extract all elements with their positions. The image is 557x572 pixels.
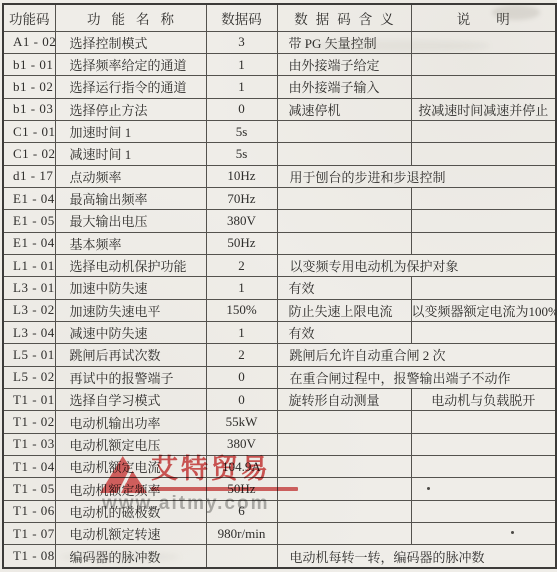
table-row: L3 - 01 加速中防失速 1 有效 bbox=[3, 277, 556, 299]
table-row: L5 - 02 再试中的报警端子 0 在重合闸过程中，报警输出端子不动作 bbox=[3, 366, 556, 388]
table-row: b1 - 03 选择停止方法 0 减速停机 按减速时间减速并停止 bbox=[3, 98, 556, 120]
cell-data: 5s bbox=[206, 120, 277, 142]
header-name: 功能名称 bbox=[55, 4, 206, 31]
cell-meaning-merged: 跳闸后允许自动重合闸 2 次 bbox=[277, 344, 556, 366]
cell-meaning bbox=[277, 478, 411, 500]
cell-name: 最高输出频率 bbox=[55, 187, 206, 209]
table-row: C1 - 02 减速时间 1 5s bbox=[3, 143, 556, 165]
cell-meaning: 旋转形自动测量 bbox=[277, 389, 411, 411]
cell-meaning bbox=[277, 411, 411, 433]
cell-code: T1 - 06 bbox=[3, 500, 55, 522]
cell-note bbox=[411, 500, 556, 522]
cell-meaning-merged: 在重合闸过程中，报警输出端子不动作 bbox=[277, 366, 556, 388]
table-row: E1 - 04 最高输出频率 70Hz bbox=[3, 187, 556, 209]
cell-name: 电动机额定频率 bbox=[55, 478, 206, 500]
cell-meaning bbox=[277, 232, 411, 254]
cell-meaning bbox=[277, 433, 411, 455]
cell-meaning: 由外接端子给定 bbox=[277, 53, 411, 75]
cell-code: T1 - 07 bbox=[3, 523, 55, 545]
cell-data: 380V bbox=[206, 433, 277, 455]
cell-note bbox=[411, 456, 556, 478]
table-row: T1 - 08 编码器的脉冲数 电动机每转一转，编码器的脉冲数 bbox=[3, 545, 556, 568]
cell-note bbox=[411, 187, 556, 209]
cell-meaning: 减速停机 bbox=[277, 98, 411, 120]
cell-data: 2 bbox=[206, 344, 277, 366]
cell-note bbox=[411, 31, 556, 53]
cell-meaning bbox=[277, 187, 411, 209]
cell-data: 1 bbox=[206, 277, 277, 299]
cell-code: L3 - 02 bbox=[3, 299, 55, 321]
header-row: 功能码 功能名称 数据码 数据码含义 说明 bbox=[3, 4, 556, 31]
cell-data: 0 bbox=[206, 389, 277, 411]
cell-name: 加速中防失速 bbox=[55, 277, 206, 299]
cell-name: 电动机额定电流 bbox=[55, 456, 206, 478]
cell-code: T1 - 08 bbox=[3, 545, 55, 568]
cell-note bbox=[411, 232, 556, 254]
header-meaning: 数据码含义 bbox=[277, 4, 411, 31]
table-row: L3 - 02 加速防失速电平 150% 防止失速上限电流 以变频器额定电流为1… bbox=[3, 299, 556, 321]
table-row: T1 - 04 电动机额定电流 104.9A bbox=[3, 456, 556, 478]
cell-data: 10Hz bbox=[206, 165, 277, 187]
table-row: A1 - 02 选择控制模式 3 带 PG 矢量控制 bbox=[3, 31, 556, 53]
cell-code: L3 - 01 bbox=[3, 277, 55, 299]
cell-name: 电动机额定电压 bbox=[55, 433, 206, 455]
cell-note bbox=[411, 411, 556, 433]
cell-code: L1 - 01 bbox=[3, 254, 55, 276]
cell-code: C1 - 01 bbox=[3, 120, 55, 142]
cell-code: T1 - 03 bbox=[3, 433, 55, 455]
cell-meaning: 有效 bbox=[277, 277, 411, 299]
cell-note bbox=[411, 523, 556, 545]
cell-name: 电动机额定转速 bbox=[55, 523, 206, 545]
table-row: T1 - 02 电动机输出功率 55kW bbox=[3, 411, 556, 433]
cell-note bbox=[411, 143, 556, 165]
cell-note bbox=[411, 120, 556, 142]
cell-meaning-merged: 以变频专用电动机为保护对象 bbox=[277, 254, 556, 276]
cell-data: 1 bbox=[206, 53, 277, 75]
cell-data: 70Hz bbox=[206, 187, 277, 209]
cell-note bbox=[411, 210, 556, 232]
cell-name: 基本频率 bbox=[55, 232, 206, 254]
cell-data: 50Hz bbox=[206, 478, 277, 500]
cell-meaning: 防止失速上限电流 bbox=[277, 299, 411, 321]
table-row: L3 - 04 减速中防失速 1 有效 bbox=[3, 321, 556, 343]
cell-name: 加速时间 1 bbox=[55, 120, 206, 142]
cell-data: 2 bbox=[206, 254, 277, 276]
table-row: E1 - 05 最大输出电压 380V bbox=[3, 210, 556, 232]
table-row: d1 - 17 点动频率 10Hz 用于刨台的步进和步退控制 bbox=[3, 165, 556, 187]
cell-name: 选择频率给定的通道 bbox=[55, 53, 206, 75]
cell-data: 0 bbox=[206, 98, 277, 120]
cell-code: L5 - 02 bbox=[3, 366, 55, 388]
cell-name: 加速防失速电平 bbox=[55, 299, 206, 321]
cell-code: T1 - 01 bbox=[3, 389, 55, 411]
cell-code: E1 - 04 bbox=[3, 232, 55, 254]
cell-data: 0 bbox=[206, 366, 277, 388]
cell-code: b1 - 03 bbox=[3, 98, 55, 120]
table-row: T1 - 05 电动机额定频率 50Hz bbox=[3, 478, 556, 500]
cell-meaning bbox=[277, 500, 411, 522]
cell-name: 选择自学习模式 bbox=[55, 389, 206, 411]
cell-data: 104.9A bbox=[206, 456, 277, 478]
table-row: L1 - 01 选择电动机保护功能 2 以变频专用电动机为保护对象 bbox=[3, 254, 556, 276]
cell-name: 编码器的脉冲数 bbox=[55, 545, 206, 568]
cell-meaning-merged: 用于刨台的步进和步退控制 bbox=[277, 165, 556, 187]
cell-note bbox=[411, 478, 556, 500]
cell-name: 选择运行指令的通道 bbox=[55, 76, 206, 98]
cell-meaning: 由外接端子输入 bbox=[277, 76, 411, 98]
cell-note: 以变频器额定电流为100% bbox=[411, 299, 556, 321]
cell-meaning bbox=[277, 120, 411, 142]
cell-code: b1 - 01 bbox=[3, 53, 55, 75]
cell-meaning-merged: 电动机每转一转，编码器的脉冲数 bbox=[277, 545, 556, 568]
cell-note bbox=[411, 76, 556, 98]
cell-meaning bbox=[277, 523, 411, 545]
cell-note bbox=[411, 433, 556, 455]
cell-name: 点动频率 bbox=[55, 165, 206, 187]
cell-meaning: 带 PG 矢量控制 bbox=[277, 31, 411, 53]
table-row: L5 - 01 跳闸后再试次数 2 跳闸后允许自动重合闸 2 次 bbox=[3, 344, 556, 366]
cell-data: 1 bbox=[206, 76, 277, 98]
cell-data: 6 bbox=[206, 500, 277, 522]
cell-data: 55kW bbox=[206, 411, 277, 433]
cell-code: L3 - 04 bbox=[3, 321, 55, 343]
cell-name: 选择停止方法 bbox=[55, 98, 206, 120]
cell-code: E1 - 05 bbox=[3, 210, 55, 232]
table-row: C1 - 01 加速时间 1 5s bbox=[3, 120, 556, 142]
cell-data: 50Hz bbox=[206, 232, 277, 254]
cell-code: A1 - 02 bbox=[3, 31, 55, 53]
cell-data bbox=[206, 545, 277, 568]
table-row: E1 - 04 基本频率 50Hz bbox=[3, 232, 556, 254]
table-row: T1 - 07 电动机额定转速 980r/min bbox=[3, 523, 556, 545]
cell-name: 再试中的报警端子 bbox=[55, 366, 206, 388]
cell-code: b1 - 02 bbox=[3, 76, 55, 98]
table-row: T1 - 03 电动机额定电压 380V bbox=[3, 433, 556, 455]
cell-name: 电动机输出功率 bbox=[55, 411, 206, 433]
header-code: 功能码 bbox=[3, 4, 55, 31]
cell-meaning bbox=[277, 456, 411, 478]
table-row: b1 - 02 选择运行指令的通道 1 由外接端子输入 bbox=[3, 76, 556, 98]
cell-code: T1 - 02 bbox=[3, 411, 55, 433]
cell-name: 减速中防失速 bbox=[55, 321, 206, 343]
cell-data: 1 bbox=[206, 321, 277, 343]
cell-code: d1 - 17 bbox=[3, 165, 55, 187]
cell-note bbox=[411, 53, 556, 75]
table-row: T1 - 01 选择自学习模式 0 旋转形自动测量 电动机与负载脱开 bbox=[3, 389, 556, 411]
cell-name: 选择控制模式 bbox=[55, 31, 206, 53]
header-data: 数据码 bbox=[206, 4, 277, 31]
cell-meaning bbox=[277, 143, 411, 165]
cell-name: 最大输出电压 bbox=[55, 210, 206, 232]
parameter-table: 功能码 功能名称 数据码 数据码含义 说明 A1 - 02 选择控制模式 3 带… bbox=[2, 3, 557, 569]
cell-note bbox=[411, 277, 556, 299]
cell-data: 980r/min bbox=[206, 523, 277, 545]
header-note: 说明 bbox=[411, 4, 556, 31]
cell-note: 电动机与负载脱开 bbox=[411, 389, 556, 411]
cell-note: 按减速时间减速并停止 bbox=[411, 98, 556, 120]
cell-data: 150% bbox=[206, 299, 277, 321]
table-row: b1 - 01 选择频率给定的通道 1 由外接端子给定 bbox=[3, 53, 556, 75]
cell-name: 跳闸后再试次数 bbox=[55, 344, 206, 366]
cell-note bbox=[411, 321, 556, 343]
cell-name: 选择电动机保护功能 bbox=[55, 254, 206, 276]
cell-code: T1 - 05 bbox=[3, 478, 55, 500]
cell-name: 电动机的磁极数 bbox=[55, 500, 206, 522]
cell-code: L5 - 01 bbox=[3, 344, 55, 366]
table-row: T1 - 06 电动机的磁极数 6 bbox=[3, 500, 556, 522]
cell-meaning bbox=[277, 210, 411, 232]
cell-code: E1 - 04 bbox=[3, 187, 55, 209]
cell-data: 380V bbox=[206, 210, 277, 232]
cell-data: 3 bbox=[206, 31, 277, 53]
cell-code: C1 - 02 bbox=[3, 143, 55, 165]
cell-meaning: 有效 bbox=[277, 321, 411, 343]
cell-code: T1 - 04 bbox=[3, 456, 55, 478]
cell-name: 减速时间 1 bbox=[55, 143, 206, 165]
cell-data: 5s bbox=[206, 143, 277, 165]
